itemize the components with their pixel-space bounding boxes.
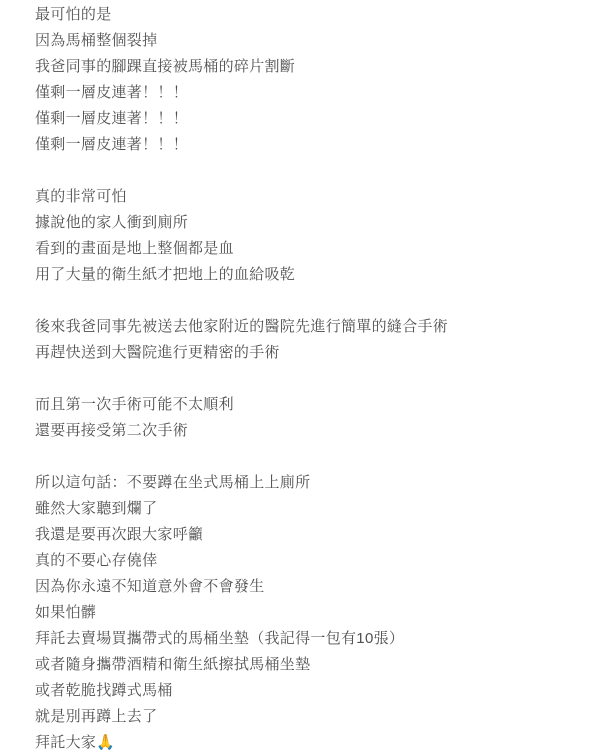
post-line: 看到的畫面是地上整個都是血 bbox=[35, 236, 594, 262]
post-paragraph: 真的非常可怕 據說他的家人衝到廁所 看到的畫面是地上整個都是血 用了大量的衛生紙… bbox=[35, 184, 594, 288]
post-line: 還要再接受第二次手術 bbox=[35, 418, 594, 444]
post-line: 而且第一次手術可能不太順利 bbox=[35, 392, 594, 418]
post-line: 所以這句話：不要蹲在坐式馬桶上上廁所 bbox=[35, 470, 594, 496]
post-line: 我還是要再次跟大家呼籲 bbox=[35, 522, 594, 548]
post-line: 就是別再蹲上去了 bbox=[35, 704, 594, 730]
post-line: 或者乾脆找蹲式馬桶 bbox=[35, 678, 594, 704]
post-line: 如果怕髒 bbox=[35, 600, 594, 626]
post-body: 最可怕的是 因為馬桶整個裂掉 我爸同事的腳踝直接被馬桶的碎片割斷 僅剩一層皮連著… bbox=[0, 0, 614, 755]
post-line-with-pray-emoji: 拜託大家🙏 bbox=[35, 730, 594, 755]
post-line: 因為你永遠不知道意外會不會發生 bbox=[35, 574, 594, 600]
post-line: 因為馬桶整個裂掉 bbox=[35, 28, 594, 54]
post-paragraph: 最可怕的是 因為馬桶整個裂掉 我爸同事的腳踝直接被馬桶的碎片割斷 僅剩一層皮連著… bbox=[35, 2, 594, 158]
post-paragraph: 所以這句話：不要蹲在坐式馬桶上上廁所 雖然大家聽到爛了 我還是要再次跟大家呼籲 … bbox=[35, 470, 594, 755]
post-line: 僅剩一層皮連著！！！ bbox=[35, 132, 594, 158]
post-line: 後來我爸同事先被送去他家附近的醫院先進行簡單的縫合手術 bbox=[35, 314, 594, 340]
post-paragraph: 而且第一次手術可能不太順利 還要再接受第二次手術 bbox=[35, 392, 594, 444]
post-line: 用了大量的衛生紙才把地上的血給吸乾 bbox=[35, 262, 594, 288]
post-line: 真的不要心存僥倖 bbox=[35, 548, 594, 574]
post-line: 真的非常可怕 bbox=[35, 184, 594, 210]
post-line: 僅剩一層皮連著！！！ bbox=[35, 80, 594, 106]
post-line: 或者隨身攜帶酒精和衛生紙擦拭馬桶坐墊 bbox=[35, 652, 594, 678]
post-line: 雖然大家聽到爛了 bbox=[35, 496, 594, 522]
post-line: 再趕快送到大醫院進行更精密的手術 bbox=[35, 340, 594, 366]
post-line: 我爸同事的腳踝直接被馬桶的碎片割斷 bbox=[35, 54, 594, 80]
post-line: 僅剩一層皮連著！！！ bbox=[35, 106, 594, 132]
post-line: 拜託去賣場買攜帶式的馬桶坐墊（我記得一包有10張） bbox=[35, 626, 594, 652]
post-paragraph: 後來我爸同事先被送去他家附近的醫院先進行簡單的縫合手術 再趕快送到大醫院進行更精… bbox=[35, 314, 594, 366]
post-line: 最可怕的是 bbox=[35, 2, 594, 28]
post-line: 據說他的家人衝到廁所 bbox=[35, 210, 594, 236]
